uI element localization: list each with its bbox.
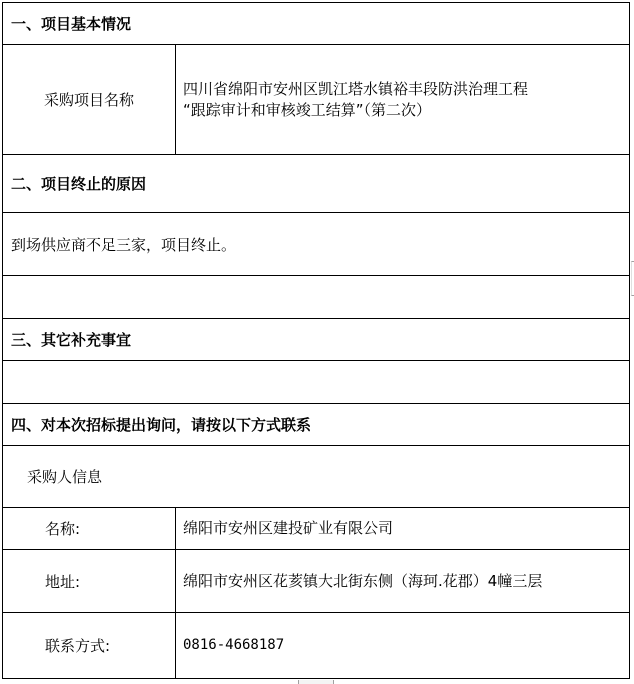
section2-heading: 二、项目终止的原因 [3,155,630,213]
project-name-line1: 四川省绵阳市安州区凯江塔水镇裕丰段防洪治理工程 [183,79,629,100]
phone-value: 0816-4668187 [176,613,630,679]
section2-blank [3,276,630,319]
section2-heading-row: 二、项目终止的原因 [3,155,630,213]
section3-heading-row: 三、其它补充事宜 [3,319,630,361]
address-value: 绵阳市安州区花荄镇大北街东侧（海珂.花郡）4幢三层 [176,550,630,613]
company-name-label: 名称: [3,508,176,550]
scroll-handle[interactable] [298,680,334,684]
termination-reason-row: 到场供应商不足三家，项目终止。 [3,213,630,276]
contact-row-phone: 联系方式: 0816-4668187 [3,613,630,679]
section3-heading: 三、其它补充事宜 [3,319,630,361]
purchaser-info-row: 采购人信息 [3,446,630,508]
section3-blank [3,361,630,404]
project-name-value: 四川省绵阳市安州区凯江塔水镇裕丰段防洪治理工程 “跟踪审计和审核竣工结算”（第二… [176,45,630,155]
termination-reason: 到场供应商不足三家，项目终止。 [3,213,630,276]
purchaser-info-label: 采购人信息 [3,446,630,508]
section1-heading: 一、项目基本情况 [3,3,630,45]
announcement-table: 一、项目基本情况 采购项目名称 四川省绵阳市安州区凯江塔水镇裕丰段防洪治理工程 … [2,2,630,679]
section2-blank-row [3,276,630,319]
company-name-value: 绵阳市安州区建投矿业有限公司 [176,508,630,550]
contact-row-name: 名称: 绵阳市安州区建投矿业有限公司 [3,508,630,550]
project-name-label: 采购项目名称 [3,45,176,155]
section1-heading-row: 一、项目基本情况 [3,3,630,45]
section3-blank-row [3,361,630,404]
section4-heading: 四、对本次招标提出询问，请按以下方式联系 [3,404,630,446]
contact-row-address: 地址: 绵阳市安州区花荄镇大北街东侧（海珂.花郡）4幢三层 [3,550,630,613]
section4-heading-row: 四、对本次招标提出询问，请按以下方式联系 [3,404,630,446]
address-label: 地址: [3,550,176,613]
phone-label: 联系方式: [3,613,176,679]
project-name-line2: “跟踪审计和审核竣工结算”（第二次） [183,100,629,121]
project-name-row: 采购项目名称 四川省绵阳市安州区凯江塔水镇裕丰段防洪治理工程 “跟踪审计和审核竣… [3,45,630,155]
